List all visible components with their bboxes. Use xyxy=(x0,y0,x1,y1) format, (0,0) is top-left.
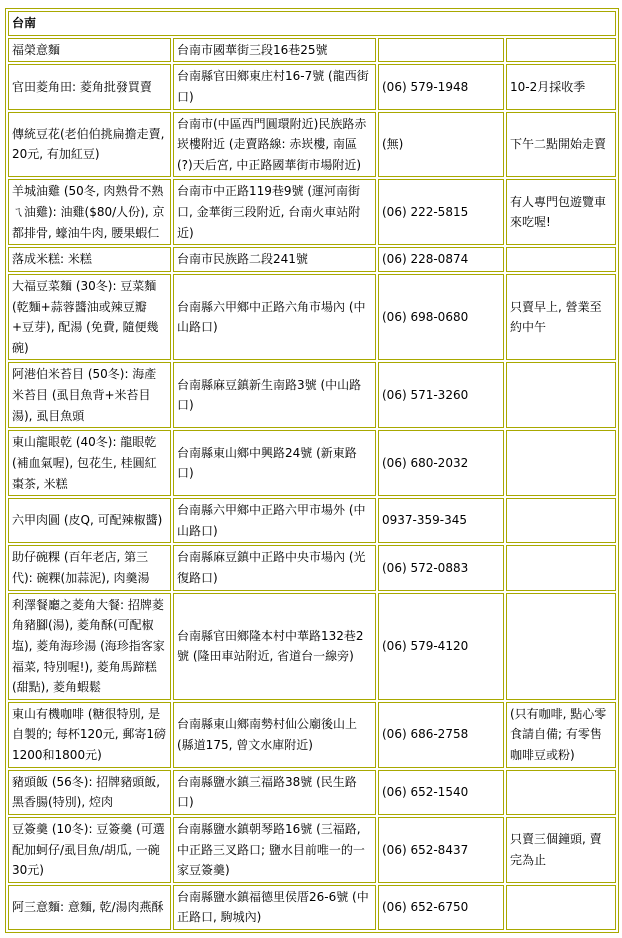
phone-cell: (06) 571-3260 xyxy=(378,362,504,428)
shop-cell: 羊城油雞 (50冬, 肉熟骨不熟ㄟ油雞): 油雞($80/人份), 京都排骨, … xyxy=(8,179,171,245)
table-row: 福榮意麵台南市國華街三段16巷25號 xyxy=(8,38,616,63)
note-cell xyxy=(506,593,616,700)
address-cell: 台南市國華街三段16巷25號 xyxy=(173,38,376,63)
shop-cell: 六甲肉圓 (皮Q, 可配辣椒醬) xyxy=(8,498,171,543)
phone-cell: (無) xyxy=(378,112,504,178)
phone-cell: (06) 686-2758 xyxy=(378,702,504,768)
shop-cell: 福榮意麵 xyxy=(8,38,171,63)
shop-cell: 阿三意麵: 意麵, 乾/湯肉燕酥 xyxy=(8,885,171,930)
document-page: 台南 福榮意麵台南市國華街三段16巷25號官田菱角田: 菱角批發買賣台南縣官田鄉… xyxy=(0,0,622,938)
shop-cell: 豆簽羹 (10冬): 豆簽羹 (可選配加蚵仔/虱目魚/胡瓜, 一碗30元) xyxy=(8,817,171,883)
table-row: 利澤餐廳之菱角大餐: 招牌菱角豬腳(湯), 菱角酥(可配椒塩), 菱角海珍湯 (… xyxy=(8,593,616,700)
phone-cell xyxy=(378,38,504,63)
region-title: 台南 xyxy=(8,11,616,36)
address-cell: 台南縣六甲鄉中正路六甲市場外 (中山路口) xyxy=(173,498,376,543)
note-cell xyxy=(506,498,616,543)
note-cell: 10-2月採收季 xyxy=(506,64,616,109)
table-row: 傳統豆花(老伯伯挑扁擔走賣, 20元, 有加紅豆)台南市(中區西門圓環附近)民族… xyxy=(8,112,616,178)
table-row: 阿三意麵: 意麵, 乾/湯肉燕酥台南縣鹽水鎮福德里侯厝26-6號 (中正路口, … xyxy=(8,885,616,930)
address-cell: 台南市(中區西門圓環附近)民族路赤崁樓附近 (走賣路線: 赤崁樓, 南區(?)天… xyxy=(173,112,376,178)
note-cell xyxy=(506,430,616,496)
table-row: 六甲肉圓 (皮Q, 可配辣椒醬)台南縣六甲鄉中正路六甲市場外 (中山路口)093… xyxy=(8,498,616,543)
table-row: 大福豆菜麵 (30冬): 豆菜麵(乾麵+蒜蓉醬油或辣豆瓣+豆芽), 配湯 (免費… xyxy=(8,274,616,361)
address-cell: 台南縣六甲鄉中正路六角市場內 (中山路口) xyxy=(173,274,376,361)
phone-cell: (06) 579-1948 xyxy=(378,64,504,109)
note-cell xyxy=(506,38,616,63)
note-cell: 只賣早上, 營業至約中午 xyxy=(506,274,616,361)
note-cell xyxy=(506,247,616,272)
phone-cell: (06) 652-8437 xyxy=(378,817,504,883)
note-cell xyxy=(506,362,616,428)
shop-cell: 利澤餐廳之菱角大餐: 招牌菱角豬腳(湯), 菱角酥(可配椒塩), 菱角海珍湯 (… xyxy=(8,593,171,700)
table-row: 豬頭飯 (56冬): 招牌豬頭飯, 黑香腸(特別), 焢肉台南縣鹽水鎮三福路38… xyxy=(8,770,616,815)
shop-cell: 落成米糕: 米糕 xyxy=(8,247,171,272)
table-row: 豆簽羹 (10冬): 豆簽羹 (可選配加蚵仔/虱目魚/胡瓜, 一碗30元)台南縣… xyxy=(8,817,616,883)
title-row: 台南 xyxy=(8,11,616,36)
shop-cell: 官田菱角田: 菱角批發買賣 xyxy=(8,64,171,109)
address-cell: 台南縣東山鄉中興路24號 (新東路口) xyxy=(173,430,376,496)
shop-cell: 傳統豆花(老伯伯挑扁擔走賣, 20元, 有加紅豆) xyxy=(8,112,171,178)
address-cell: 台南縣鹽水鎮朝琴路16號 (三福路, 中正路三叉路口; 鹽水目前唯一的一家豆簽羹… xyxy=(173,817,376,883)
address-cell: 台南縣麻豆鎮中正路中央市場內 (光復路口) xyxy=(173,545,376,590)
shop-cell: 大福豆菜麵 (30冬): 豆菜麵(乾麵+蒜蓉醬油或辣豆瓣+豆芽), 配湯 (免費… xyxy=(8,274,171,361)
phone-cell: (06) 698-0680 xyxy=(378,274,504,361)
note-cell: (只有咖啡, 點心零食請自備; 有零售咖啡豆或粉) xyxy=(506,702,616,768)
shop-cell: 阿港伯米苔目 (50冬): 海產米苔目 (虱目魚背+米苔目湯), 虱目魚頭 xyxy=(8,362,171,428)
phone-cell: (06) 652-1540 xyxy=(378,770,504,815)
shop-cell: 東山有機咖啡 (糖很特別, 是自製的; 每杯120元, 郵寄1磅1200和180… xyxy=(8,702,171,768)
phone-cell: (06) 680-2032 xyxy=(378,430,504,496)
note-cell: 只賣三個鐘頭, 賣完為止 xyxy=(506,817,616,883)
phone-cell: (06) 572-0883 xyxy=(378,545,504,590)
note-cell xyxy=(506,545,616,590)
phone-cell: (06) 652-6750 xyxy=(378,885,504,930)
table-row: 羊城油雞 (50冬, 肉熟骨不熟ㄟ油雞): 油雞($80/人份), 京都排骨, … xyxy=(8,179,616,245)
address-cell: 台南市中正路119巷9號 (運河南街口, 金華街三段附近, 台南火車站附近) xyxy=(173,179,376,245)
address-cell: 台南市民族路二段241號 xyxy=(173,247,376,272)
note-cell: 有人專門包遊覽車來吃喔! xyxy=(506,179,616,245)
address-cell: 台南縣鹽水鎮三福路38號 (民生路口) xyxy=(173,770,376,815)
address-cell: 台南縣鹽水鎮福德里侯厝26-6號 (中正路口, 駒城內) xyxy=(173,885,376,930)
note-cell: 下午二點開始走賣 xyxy=(506,112,616,178)
address-cell: 台南縣官田鄉隆本村中華路132巷2號 (隆田車站附近, 省道台一線旁) xyxy=(173,593,376,700)
address-cell: 台南縣官田鄉東庄村16-7號 (龍西街口) xyxy=(173,64,376,109)
food-table-body: 台南 福榮意麵台南市國華街三段16巷25號官田菱角田: 菱角批發買賣台南縣官田鄉… xyxy=(8,11,616,930)
shop-cell: 東山龍眼乾 (40冬): 龍眼乾 (補血氣喔), 包花生, 桂圓紅棗茶, 米糕 xyxy=(8,430,171,496)
food-table: 台南 福榮意麵台南市國華街三段16巷25號官田菱角田: 菱角批發買賣台南縣官田鄉… xyxy=(5,8,619,933)
note-cell xyxy=(506,770,616,815)
phone-cell: (06) 228-0874 xyxy=(378,247,504,272)
note-cell xyxy=(506,885,616,930)
table-row: 阿港伯米苔目 (50冬): 海產米苔目 (虱目魚背+米苔目湯), 虱目魚頭台南縣… xyxy=(8,362,616,428)
phone-cell: (06) 579-4120 xyxy=(378,593,504,700)
address-cell: 台南縣東山鄉南勢村仙公廟後山上 (縣道175, 曾文水庫附近) xyxy=(173,702,376,768)
table-row: 助仔碗粿 (百年老店, 第三代): 碗粿(加蒜泥), 肉羹湯台南縣麻豆鎮中正路中… xyxy=(8,545,616,590)
shop-cell: 助仔碗粿 (百年老店, 第三代): 碗粿(加蒜泥), 肉羹湯 xyxy=(8,545,171,590)
phone-cell: (06) 222-5815 xyxy=(378,179,504,245)
table-row: 落成米糕: 米糕台南市民族路二段241號(06) 228-0874 xyxy=(8,247,616,272)
table-row: 東山有機咖啡 (糖很特別, 是自製的; 每杯120元, 郵寄1磅1200和180… xyxy=(8,702,616,768)
phone-cell: 0937-359-345 xyxy=(378,498,504,543)
table-row: 官田菱角田: 菱角批發買賣台南縣官田鄉東庄村16-7號 (龍西街口)(06) 5… xyxy=(8,64,616,109)
table-row: 東山龍眼乾 (40冬): 龍眼乾 (補血氣喔), 包花生, 桂圓紅棗茶, 米糕台… xyxy=(8,430,616,496)
shop-cell: 豬頭飯 (56冬): 招牌豬頭飯, 黑香腸(特別), 焢肉 xyxy=(8,770,171,815)
address-cell: 台南縣麻豆鎮新生南路3號 (中山路口) xyxy=(173,362,376,428)
